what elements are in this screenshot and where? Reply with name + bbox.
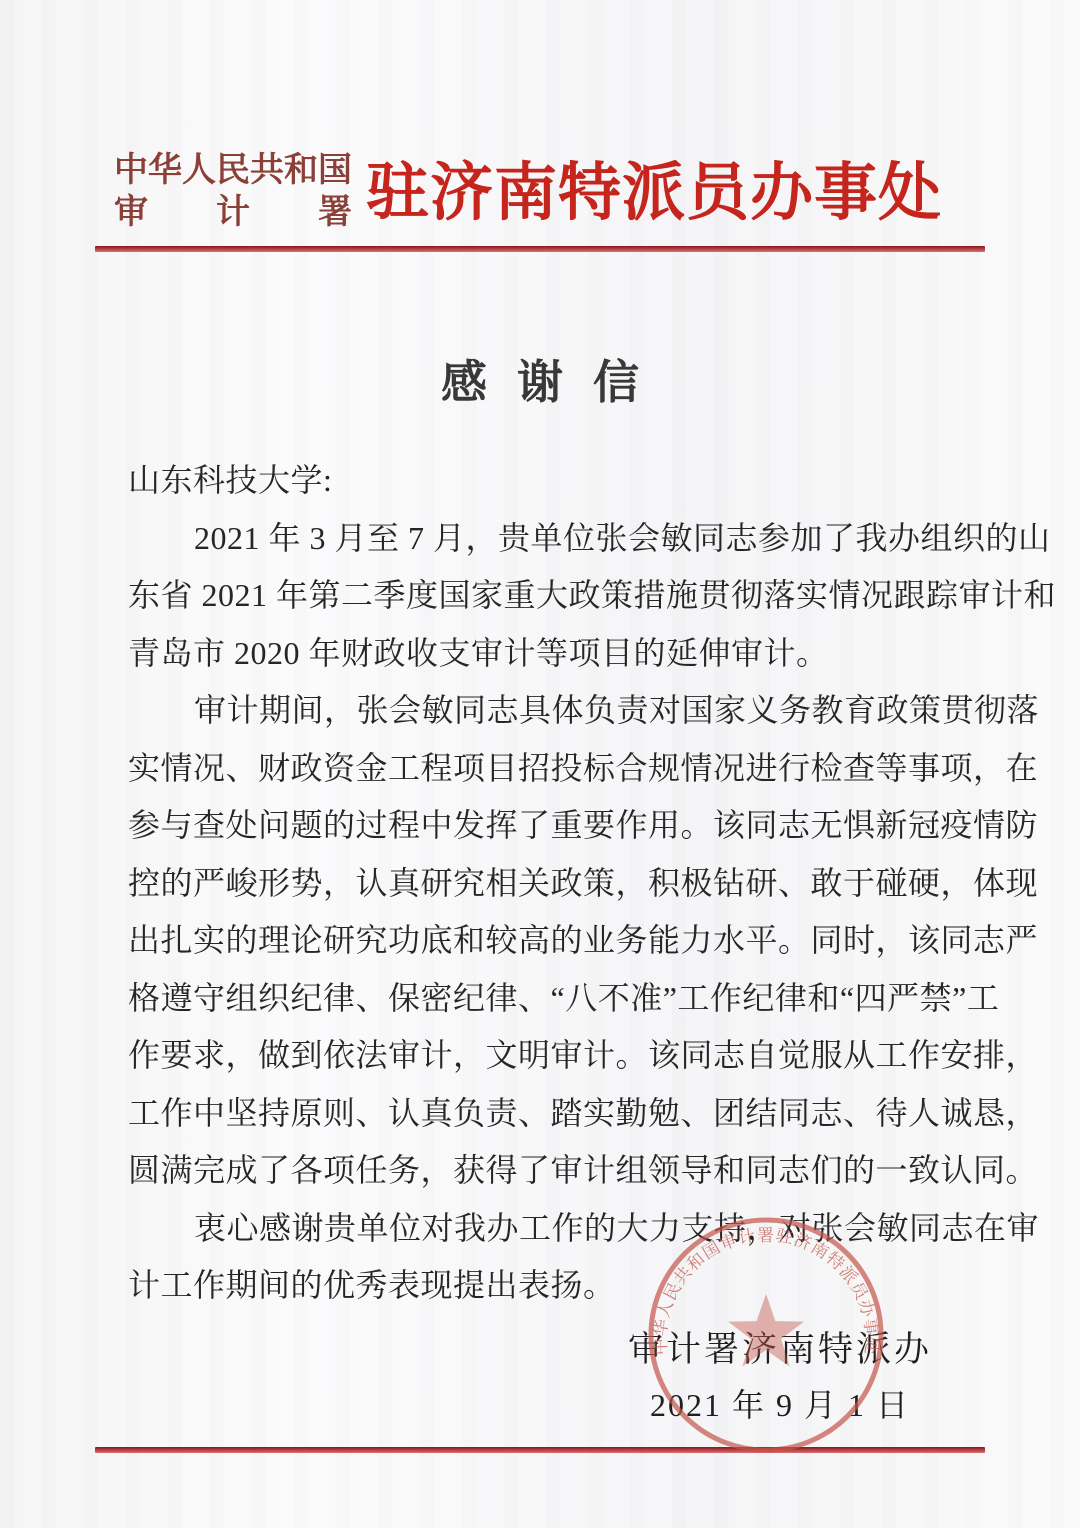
body-line: 审计期间，张会敏同志具体负责对国家义务教育政策贯彻落: [128, 682, 950, 740]
letter-title: 感谢信: [0, 346, 1080, 412]
header-rule: [95, 246, 985, 252]
header-org-name: 中华人民共和国 审 计 署: [114, 150, 368, 234]
header-office-name: 驻济南特派员办事处: [366, 142, 946, 233]
header-org-line2: 审 计 署: [114, 192, 368, 234]
body-line: 实情况、财政资金工程项目招投标合规情况进行检查等事项，在: [128, 740, 950, 798]
body-line: 圆满完成了各项任务，获得了审计组领导和同志们的一致认同。: [128, 1142, 950, 1200]
body-line: 参与查处问题的过程中发挥了重要作用。该同志无惧新冠疫情防: [128, 797, 950, 855]
header-org-line1: 中华人民共和国: [114, 152, 352, 189]
body-line: 作要求，做到依法审计，文明审计。该同志自觉服从工作安排，: [128, 1027, 950, 1085]
body-line: 山东科技大学:: [128, 452, 950, 510]
body-line: 2021 年 3 月至 7 月，贵单位张会敏同志参加了我办组织的山: [128, 510, 950, 568]
letter-body: 山东科技大学:2021 年 3 月至 7 月，贵单位张会敏同志参加了我办组织的山…: [128, 452, 950, 1315]
official-seal: 中华人民共和国审计署驻济南特派员办事处: [643, 1212, 889, 1458]
body-line: 工作中坚持原则、认真负责、踏实勤勉、团结同志、待人诚恳，: [128, 1085, 950, 1143]
body-line: 格遵守组织纪律、保密纪律、“八不准”工作纪律和“四严禁”工: [128, 970, 950, 1028]
body-line: 东省 2021 年第二季度国家重大政策措施贯彻落实情况跟踪审计和: [128, 567, 950, 625]
seal-star-icon: [728, 1294, 804, 1366]
body-line: 控的严峻形势，认真研究相关政策，积极钻研、敢于碰硬，体现: [128, 855, 950, 913]
body-line: 出扎实的理论研究功底和较高的业务能力水平。同时，该同志严: [128, 912, 950, 970]
body-line: 青岛市 2020 年财政收支审计等项目的延伸审计。: [128, 625, 950, 683]
letter-page: 中华人民共和国 审 计 署 驻济南特派员办事处 感谢信 山东科技大学:2021 …: [0, 0, 1080, 1528]
